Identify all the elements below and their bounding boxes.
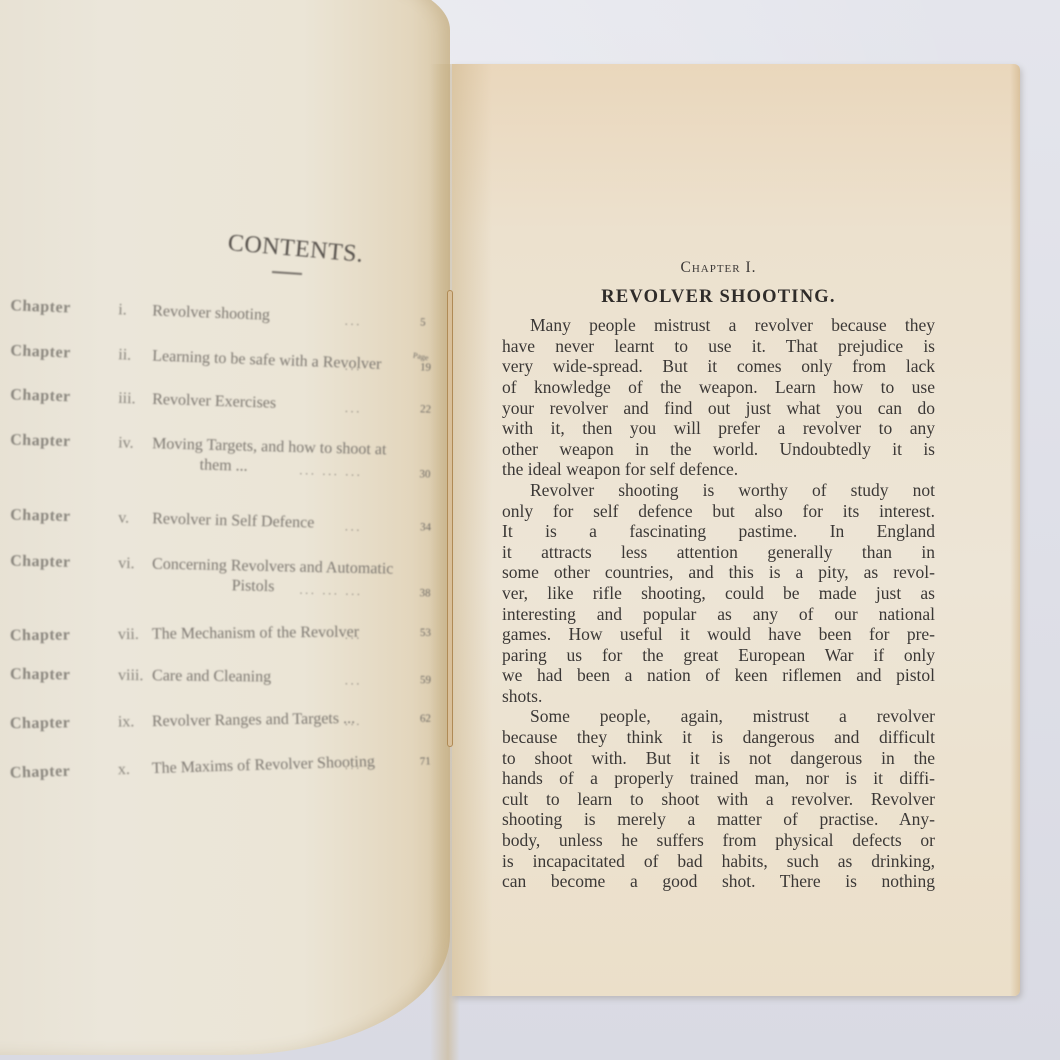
toc-chapter-numeral: ix. — [118, 713, 135, 731]
toc-page-number: 30 — [419, 468, 430, 480]
toc-chapter-numeral: vii. — [118, 626, 139, 644]
text-line: only for self defence but also for its i… — [502, 501, 935, 522]
text-line: we had been a nation of keen riflemen an… — [502, 665, 935, 686]
text-line: is incapacitated of bad habits, such as … — [502, 851, 935, 872]
toc-chapter-title: Revolver Exercises — [152, 391, 276, 413]
toc-chapter-title-cont: Pistols — [232, 577, 275, 596]
toc-row: Chaptervi.Concerning Revolvers and Autom… — [0, 552, 440, 591]
toc-leader: ... — [345, 403, 363, 416]
toc-page-number: 5 — [420, 316, 426, 328]
text-line: shots. — [502, 686, 935, 707]
toc-row: Chapterii.Learning to be safe with a Rev… — [0, 342, 440, 388]
text-line: Some people, again, mistrust a revolver — [502, 706, 935, 727]
text-line: the ideal weapon for self defence. — [502, 459, 935, 480]
text-line: can become a good shot. There is nothing — [502, 871, 935, 892]
text-line: It is a fascinating pastime. In England — [502, 521, 935, 542]
toc-chapter-numeral: vi. — [118, 555, 135, 573]
text-line: because they think it is dangerous and d… — [502, 727, 935, 748]
toc-chapter-numeral: iii. — [118, 390, 136, 409]
text-line: some other countries, and this is a pity… — [502, 562, 935, 583]
toc-row: Chapteriv.Moving Targets, and how to sho… — [0, 431, 440, 473]
title-rule — [272, 271, 302, 275]
text-line: with it, then you will prefer a revolver… — [502, 418, 935, 439]
text-line: ver, like rifle shooting, could be made … — [502, 583, 935, 604]
toc-chapter-label: Chapter — [10, 297, 71, 317]
text-line: cult to learn to shoot with a revolver. … — [502, 789, 935, 810]
toc-chapter-numeral: iv. — [118, 434, 134, 452]
toc-leader: ... ... ... — [300, 585, 363, 598]
toc-leader: ... — [345, 760, 363, 773]
chapter-label: Chapter I. — [502, 258, 935, 279]
text-line: other weapon in the world. Undoubtedly i… — [502, 439, 935, 460]
toc-chapter-title: Moving Targets, and how to shoot at — [152, 435, 387, 459]
text-line: body, unless he suffers from physical de… — [502, 830, 935, 851]
toc-leader: ... — [345, 716, 362, 728]
toc-chapter-label: Chapter — [10, 432, 71, 452]
text-line: paring us for the great European War if … — [502, 645, 935, 666]
toc-chapter-title-cont: them ... — [199, 456, 247, 475]
text-line: very wide-spread. But it comes only from… — [502, 356, 935, 377]
toc-chapter-title: The Maxims of Revolver Shooting — [152, 753, 376, 778]
toc-chapter-label: Chapter — [10, 627, 71, 646]
toc-leader: ... ... ... — [299, 465, 363, 479]
toc-row: Chapterix.Revolver Ranges and Targets ..… — [0, 709, 440, 746]
toc-leader: ... — [345, 521, 363, 533]
toc-chapter-title: The Mechanism of the Revolver — [152, 624, 359, 644]
toc-leader: ... — [345, 675, 362, 687]
toc-chapter-label: Chapter — [10, 342, 71, 362]
toc-leader: ... — [345, 361, 363, 374]
toc-chapter-title: Concerning Revolvers and Automatic — [152, 556, 394, 579]
toc-chapter-numeral: ii. — [118, 346, 132, 364]
text-line: hands of a properly trained man, nor is … — [502, 768, 935, 789]
toc-leader: ... — [345, 316, 363, 329]
text-line: it attracts less attention generally tha… — [502, 542, 935, 563]
contents-title: CONTENTS. — [227, 230, 365, 269]
toc-row: Chaptervii.The Mechanism of the Revolver… — [0, 623, 440, 658]
toc-row: Chapterv.Revolver in Self Defence...34 — [0, 506, 440, 548]
text-line: interesting and popular as any of our na… — [502, 604, 935, 625]
text-line: to shoot with. But it is not dangerous i… — [502, 748, 935, 769]
toc-row: Chapteri.Revolver shooting...5 — [0, 297, 440, 343]
toc-chapter-title: Revolver shooting — [152, 303, 270, 325]
toc-chapter-title: Revolver Ranges and Targets ... — [152, 710, 355, 731]
toc-chapter-title: Care and Cleaning — [152, 667, 271, 686]
toc-chapter-label: Chapter — [10, 763, 71, 783]
text-line: Revolver shooting is worthy of study not — [502, 480, 935, 501]
contents-page: CONTENTS. Page Chapteri.Revolver shootin… — [0, 0, 440, 1060]
text-line: Many people mistrust a revolver because … — [502, 315, 935, 336]
toc-leader: ... — [345, 630, 362, 642]
toc-row: Chapterviii.Care and Cleaning...59 — [0, 666, 440, 701]
toc-chapter-label: Chapter — [10, 386, 71, 406]
toc-row: Chapterx.The Maxims of Revolver Shooting… — [0, 751, 440, 795]
binding-thread — [447, 290, 453, 747]
toc-chapter-label: Chapter — [10, 714, 71, 733]
toc-chapter-label: Chapter — [10, 507, 71, 527]
toc-chapter-numeral: viii. — [118, 667, 144, 685]
toc-chapter-label: Chapter — [10, 553, 71, 572]
toc-chapter-numeral: v. — [118, 509, 129, 527]
chapter-text: Chapter I. REVOLVER SHOOTING. Many peopl… — [502, 258, 935, 892]
text-line: games. How useful it would have been for… — [502, 624, 935, 645]
toc-chapter-numeral: i. — [118, 301, 127, 319]
text-line: shooting is merely a matter of practise.… — [502, 809, 935, 830]
toc-chapter-numeral: x. — [118, 761, 131, 779]
chapter-heading: REVOLVER SHOOTING. — [502, 287, 935, 308]
text-line: have never learnt to use it. That prejud… — [502, 336, 935, 357]
body-text: Many people mistrust a revolver because … — [502, 315, 935, 892]
toc-chapter-label: Chapter — [10, 666, 71, 685]
toc-chapter-title: Revolver in Self Defence — [152, 510, 315, 532]
text-line: of knowledge of the weapon. Learn how to… — [502, 377, 935, 398]
toc-row: Chapteriii.Revolver Exercises...22 — [0, 386, 440, 430]
text-line: your revolver and find out just what you… — [502, 398, 935, 419]
